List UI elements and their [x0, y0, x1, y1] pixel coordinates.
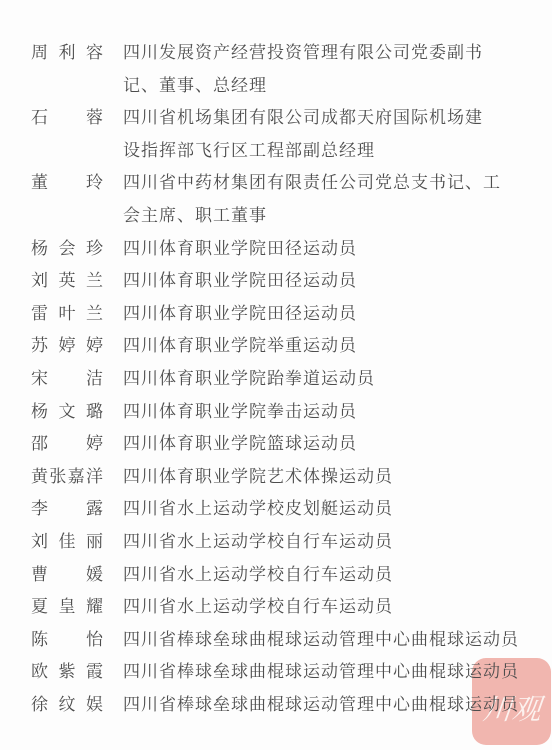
list-item: 刘佳丽 四川省水上运动学校自行车运动员 — [31, 526, 526, 559]
list-item: 曹媛 四川省水上运动学校自行车运动员 — [31, 559, 526, 592]
document-page: 周利容 四川发展资产经营投资管理有限公司党委副书 记、董事、总经理 石蓉 四川省… — [0, 0, 552, 750]
person-name: 宋洁 — [31, 363, 103, 396]
person-name: 杨会珍 — [31, 233, 103, 266]
list-item: 宋洁 四川体育职业学院跆拳道运动员 — [31, 363, 526, 396]
person-title: 四川省水上运动学校自行车运动员 — [123, 559, 525, 592]
list-item: 李露 四川省水上运动学校皮划艇运动员 — [31, 493, 526, 526]
award-list: 周利容 四川发展资产经营投资管理有限公司党委副书 记、董事、总经理 石蓉 四川省… — [31, 37, 526, 721]
list-item: 夏皇耀 四川省水上运动学校自行车运动员 — [31, 591, 526, 624]
person-name: 苏婷婷 — [31, 330, 103, 363]
person-name: 刘佳丽 — [31, 526, 103, 559]
list-item: 周利容 四川发展资产经营投资管理有限公司党委副书 记、董事、总经理 — [31, 37, 526, 102]
person-title: 四川体育职业学院跆拳道运动员 — [123, 363, 525, 396]
person-title: 四川省棒球垒球曲棍球运动管理中心曲棍球运动员 — [123, 656, 525, 689]
person-name: 曹媛 — [31, 559, 103, 592]
list-item: 董玲 四川省中药材集团有限责任公司党总支书记、工 会主席、职工董事 — [31, 167, 526, 232]
person-title: 四川发展资产经营投资管理有限公司党委副书 记、董事、总经理 — [123, 37, 525, 102]
person-title: 四川体育职业学院篮球运动员 — [123, 428, 525, 461]
list-item: 欧紫霞 四川省棒球垒球曲棍球运动管理中心曲棍球运动员 — [31, 656, 526, 689]
person-title: 四川体育职业学院艺术体操运动员 — [123, 461, 525, 494]
person-title: 四川省水上运动学校皮划艇运动员 — [123, 493, 525, 526]
person-title: 四川体育职业学院田径运动员 — [123, 233, 525, 266]
person-name: 董玲 — [31, 167, 103, 200]
list-item: 黄张嘉洋 四川体育职业学院艺术体操运动员 — [31, 461, 526, 494]
person-title: 四川省机场集团有限公司成都天府国际机场建 设指挥部飞行区工程部副总经理 — [123, 102, 525, 167]
person-name: 刘英兰 — [31, 265, 103, 298]
list-item: 刘英兰 四川体育职业学院田径运动员 — [31, 265, 526, 298]
list-item: 杨会珍 四川体育职业学院田径运动员 — [31, 233, 526, 266]
person-name: 徐纹娱 — [31, 689, 103, 722]
person-name: 周利容 — [31, 37, 103, 70]
person-name: 欧紫霞 — [31, 656, 103, 689]
person-name: 黄张嘉洋 — [31, 461, 103, 494]
person-name: 邵婷 — [31, 428, 103, 461]
person-name: 夏皇耀 — [31, 591, 103, 624]
list-item: 徐纹娱 四川省棒球垒球曲棍球运动管理中心曲棍球运动员 — [31, 689, 526, 722]
list-item: 苏婷婷 四川体育职业学院举重运动员 — [31, 330, 526, 363]
person-name: 杨文璐 — [31, 396, 103, 429]
person-name: 陈怡 — [31, 624, 103, 657]
list-item: 邵婷 四川体育职业学院篮球运动员 — [31, 428, 526, 461]
person-title: 四川省水上运动学校自行车运动员 — [123, 526, 525, 559]
list-item: 雷叶兰 四川体育职业学院田径运动员 — [31, 298, 526, 331]
person-title: 四川省水上运动学校自行车运动员 — [123, 591, 525, 624]
list-item: 陈怡 四川省棒球垒球曲棍球运动管理中心曲棍球运动员 — [31, 624, 526, 657]
list-item: 石蓉 四川省机场集团有限公司成都天府国际机场建 设指挥部飞行区工程部副总经理 — [31, 102, 526, 167]
person-title: 四川体育职业学院田径运动员 — [123, 298, 525, 331]
person-title: 四川省棒球垒球曲棍球运动管理中心曲棍球运动员 — [123, 689, 525, 722]
person-title: 四川体育职业学院拳击运动员 — [123, 396, 525, 429]
person-name: 石蓉 — [31, 102, 103, 135]
person-title: 四川体育职业学院田径运动员 — [123, 265, 525, 298]
person-title: 四川体育职业学院举重运动员 — [123, 330, 525, 363]
person-name: 雷叶兰 — [31, 298, 103, 331]
person-title: 四川省棒球垒球曲棍球运动管理中心曲棍球运动员 — [123, 624, 525, 657]
person-name: 李露 — [31, 493, 103, 526]
person-title: 四川省中药材集团有限责任公司党总支书记、工 会主席、职工董事 — [123, 167, 525, 232]
list-item: 杨文璐 四川体育职业学院拳击运动员 — [31, 396, 526, 429]
